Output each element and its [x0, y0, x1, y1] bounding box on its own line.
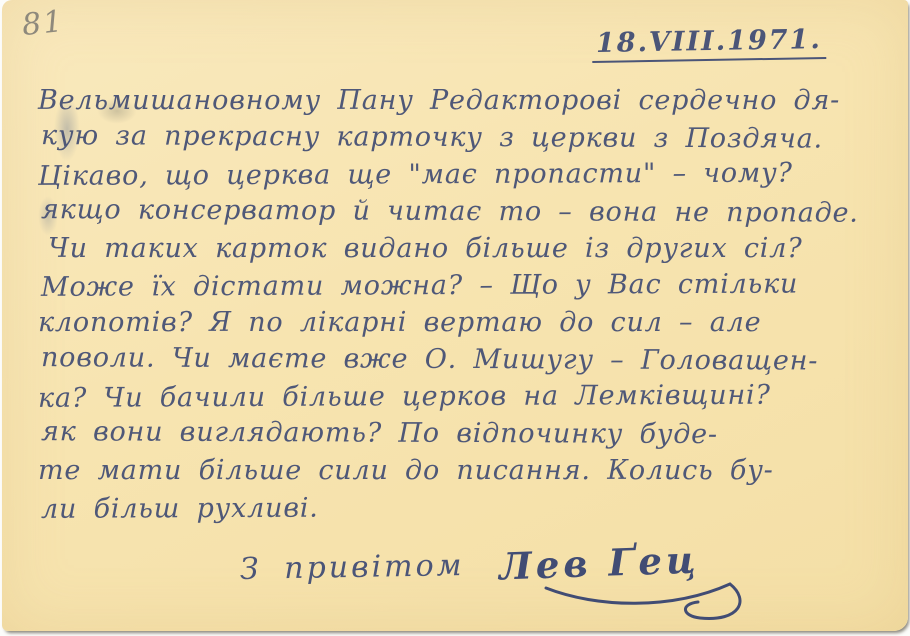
page-number: 81: [20, 4, 66, 43]
letter-body: Вельмишановному Пану Редакторові сердечн…: [38, 82, 894, 526]
handwriting-line: поволи. Чи маєте вже О. Мишугу – Головащ…: [38, 339, 894, 380]
handwriting-line: кую за прекрасну карточку з церкви з Поз…: [38, 117, 894, 158]
handwriting-line: клопотів? Я по лікарні вертаю до сил – а…: [38, 304, 894, 341]
handwriting-line: як вони виглядають? По відпочинку буде-: [38, 413, 894, 454]
letter-closing: З привітом: [240, 548, 465, 587]
scanned-letter: 81 18.VIII.1971. Вельмишановному Пану Ре…: [0, 0, 910, 636]
handwriting-line: Цікаво, що церква ще "має пропасти" – чо…: [38, 154, 894, 195]
letter-card: 81 18.VIII.1971. Вельмишановному Пану Ре…: [2, 0, 908, 631]
handwriting-line: ли більш рухливі.: [38, 487, 894, 528]
handwriting-line: Може їх дістати можна? – Що у Вас стільк…: [38, 265, 894, 306]
handwriting-line: Чи таких карток видано більше із других …: [38, 230, 894, 267]
signature-flourish: [542, 578, 772, 634]
handwriting-line: те мати більше сили до писання. Колись б…: [38, 452, 894, 489]
handwriting-line: ка? Чи бачили більше церков на Лемківщин…: [38, 376, 894, 417]
signature: Лев Ґец: [498, 538, 700, 589]
handwriting-line: якщо консерватор й читає то – вона не пр…: [38, 191, 894, 232]
letter-date: 18.VIII.1971.: [592, 24, 826, 63]
handwriting-line: Вельмишановному Пану Редакторові сердечн…: [38, 82, 894, 119]
